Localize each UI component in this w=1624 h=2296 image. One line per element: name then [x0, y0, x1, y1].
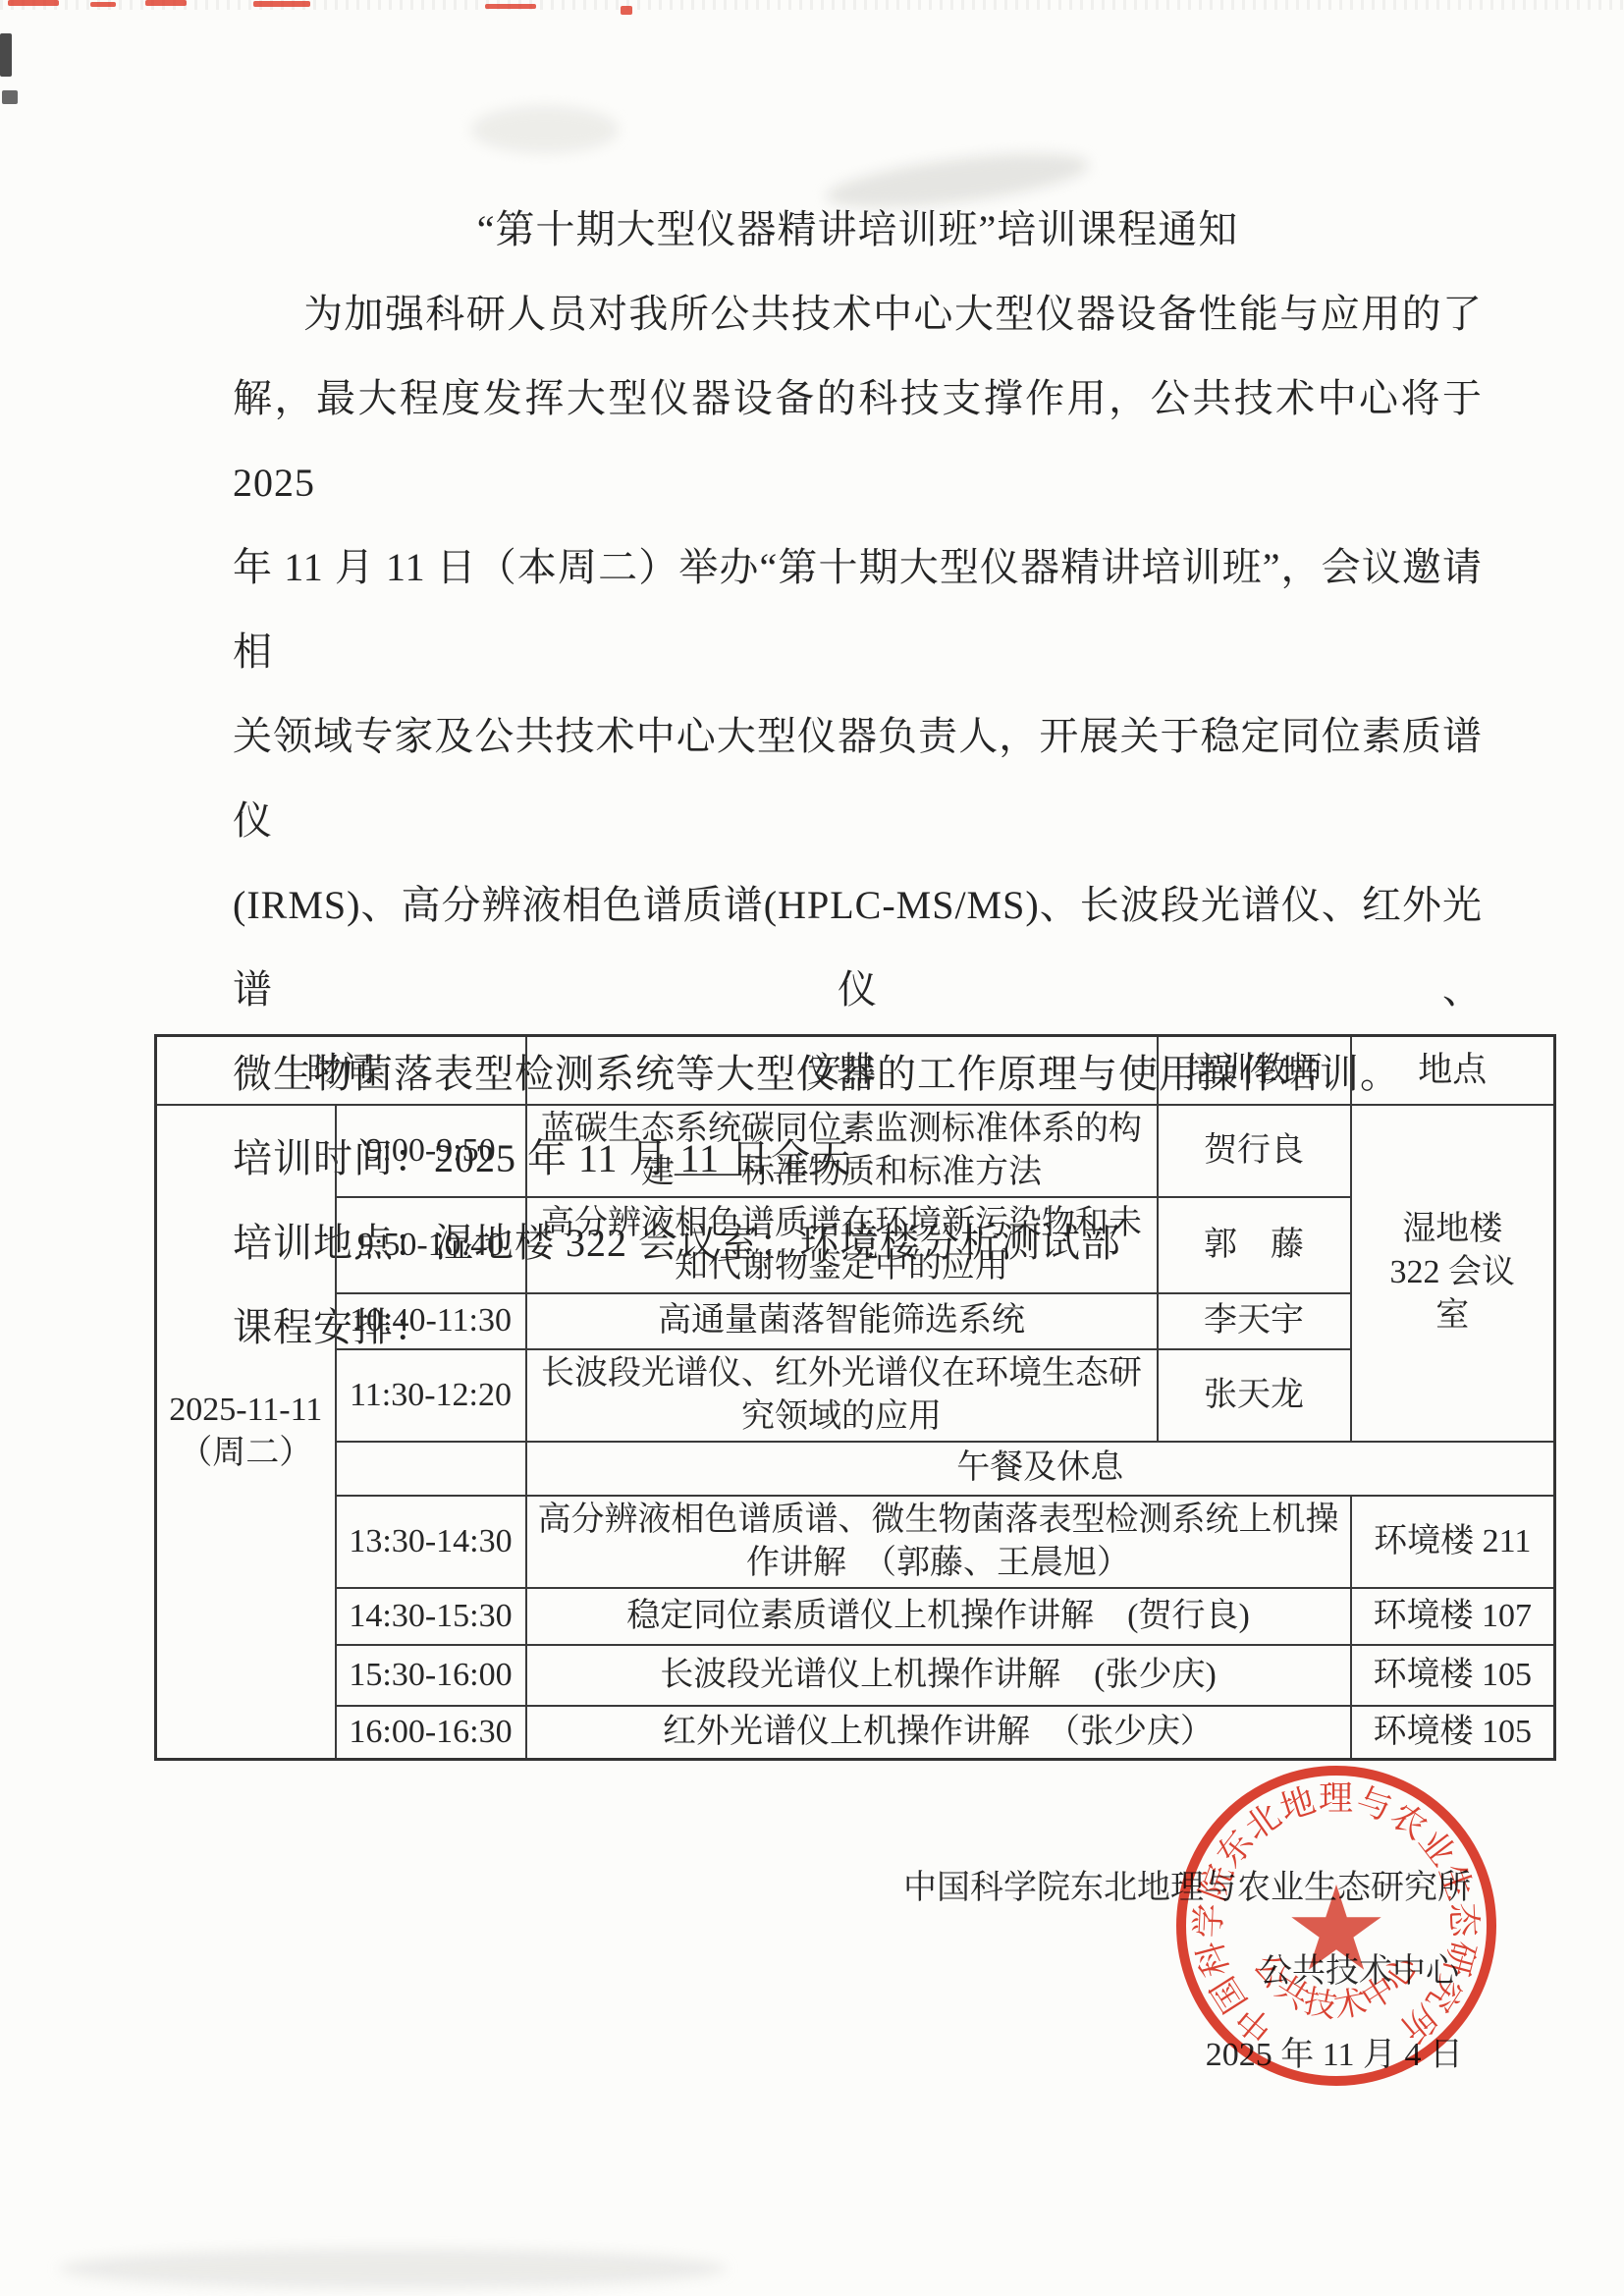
scan-artifact	[0, 33, 12, 77]
arrangement-cell: 高分辨液相色谱质谱、微生物菌落表型检测系统上机操 作讲解 （郭藤、王晨旭）	[526, 1496, 1351, 1588]
scan-artifact	[145, 0, 187, 6]
teacher-cell: 张天龙	[1158, 1349, 1351, 1442]
time-cell: 11:30-12:20	[336, 1349, 526, 1442]
table-row: 13:30-14:30 高分辨液相色谱质谱、微生物菌落表型检测系统上机操 作讲解…	[156, 1496, 1555, 1588]
seal-star-icon	[1291, 1885, 1380, 1970]
scan-smudge	[471, 106, 619, 153]
time-cell: 9:00-9:50	[336, 1105, 526, 1197]
paragraph-line: 为加强科研人员对我所公共技术中心大型仪器设备性能与应用的了	[233, 272, 1483, 356]
paragraph-line: (IRMS)、高分辨液相色谱质谱(HPLC-MS/MS)、长波段光谱仪、红外光谱…	[233, 863, 1483, 1032]
scan-artifact	[253, 1, 310, 7]
paragraph-line: 关领域专家及公共技术中心大型仪器负责人，开展关于稳定同位素质谱仪	[233, 694, 1483, 863]
time-cell: 15:30-16:00	[336, 1645, 526, 1706]
page-title: “第十期大型仪器精讲培训班”培训课程通知	[233, 188, 1483, 272]
scan-artifact	[2, 90, 18, 104]
scan-artifact	[8, 0, 59, 6]
lunch-row: 午餐及休息	[156, 1442, 1555, 1496]
scanned-notice-page: “第十期大型仪器精讲培训班”培训课程通知 为加强科研人员对我所公共技术中心大型仪…	[0, 0, 1624, 2296]
time-cell: 9:50-10:40	[336, 1197, 526, 1293]
arrangement-cell: 蓝碳生态系统碳同位素监测标准体系的构 建——标准物质和标准方法	[526, 1105, 1158, 1197]
header-teacher: 培训教师	[1158, 1036, 1351, 1105]
table-row: 10:40-11:30 高通量菌落智能筛选系统 李天宇	[156, 1293, 1555, 1349]
header-time: 时间	[156, 1036, 526, 1105]
course-schedule-table: 时间 安排 培训教师 地点 2025-11-11 （周二） 9:00-9:50 …	[154, 1034, 1556, 1761]
arrangement-cell: 高分辨液相色谱质谱在环境新污染物和未 知代谢物鉴定中的应用	[526, 1197, 1158, 1293]
lunch-cell: 午餐及休息	[526, 1442, 1555, 1496]
venue-cell: 湿地楼 322 会议 室	[1351, 1105, 1555, 1442]
header-arrangement: 安排	[526, 1036, 1158, 1105]
scan-artifact	[90, 2, 116, 7]
paragraph-line: 解，最大程度发挥大型仪器设备的科技支撑作用，公共技术中心将于 2025	[233, 356, 1483, 525]
seal-bottom-text: 公共技术中心	[1246, 1948, 1426, 2026]
table-row: 11:30-12:20 长波段光谱仪、红外光谱仪在环境生态研 究领域的应用 张天…	[156, 1349, 1555, 1442]
table-row: 15:30-16:00 长波段光谱仪上机操作讲解 (张少庆) 环境楼 105	[156, 1645, 1555, 1706]
time-cell: 14:30-15:30	[336, 1588, 526, 1645]
arrangement-cell: 长波段光谱仪上机操作讲解 (张少庆)	[526, 1645, 1351, 1706]
header-location: 地点	[1351, 1036, 1555, 1105]
location-cell: 环境楼 211	[1351, 1496, 1555, 1588]
table-row: 14:30-15:30 稳定同位素质谱仪上机操作讲解 (贺行良) 环境楼 107	[156, 1588, 1555, 1645]
table-row: 9:50-10:40 高分辨液相色谱质谱在环境新污染物和未 知代谢物鉴定中的应用…	[156, 1197, 1555, 1293]
table-header-row: 时间 安排 培训教师 地点	[156, 1036, 1555, 1105]
scan-artifact	[621, 6, 632, 15]
time-cell-empty	[336, 1442, 526, 1496]
teacher-cell: 贺行良	[1158, 1105, 1351, 1197]
table-row: 2025-11-11 （周二） 9:00-9:50 蓝碳生态系统碳同位素监测标准…	[156, 1105, 1555, 1197]
scan-smudge	[59, 2249, 727, 2288]
location-cell: 环境楼 105	[1351, 1645, 1555, 1706]
scan-noise-strip	[0, 0, 1624, 10]
teacher-cell: 郭 藤	[1158, 1197, 1351, 1293]
paragraph-line: 年 11 月 11 日（本周二）举办“第十期大型仪器精讲培训班”，会议邀请相	[233, 525, 1483, 694]
arrangement-cell: 长波段光谱仪、红外光谱仪在环境生态研 究领域的应用	[526, 1349, 1158, 1442]
official-seal-stamp: 中国科学院东北地理与农业生态研究所 公共技术中心	[1160, 1749, 1513, 2103]
time-cell: 13:30-14:30	[336, 1496, 526, 1588]
arrangement-cell: 高通量菌落智能筛选系统	[526, 1293, 1158, 1349]
time-cell: 10:40-11:30	[336, 1293, 526, 1349]
arrangement-cell: 稳定同位素质谱仪上机操作讲解 (贺行良)	[526, 1588, 1351, 1645]
date-cell: 2025-11-11 （周二）	[156, 1105, 336, 1760]
teacher-cell: 李天宇	[1158, 1293, 1351, 1349]
time-cell: 16:00-16:30	[336, 1706, 526, 1760]
scan-artifact	[485, 4, 536, 9]
location-cell: 环境楼 107	[1351, 1588, 1555, 1645]
